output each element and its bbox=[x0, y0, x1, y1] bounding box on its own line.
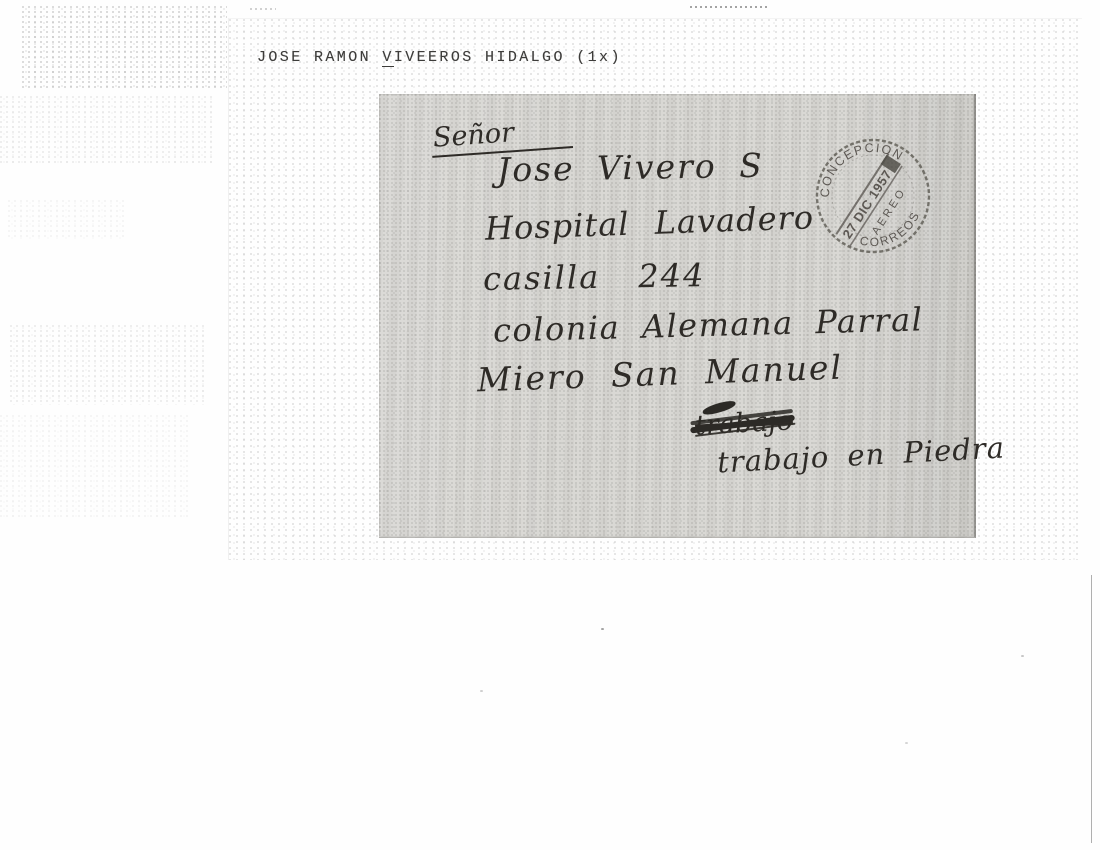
typed-header-post: IVEEROS HIDALGO (1x) bbox=[394, 49, 622, 66]
scanned-sheet: JOSE RAMON VIVEEROS HIDALGO (1x) Señor J… bbox=[0, 0, 1100, 850]
crossed-out-word-wrap: trabajo bbox=[694, 405, 793, 441]
scan-page: JOSE RAMON VIVEEROS HIDALGO (1x) Señor J… bbox=[228, 18, 1082, 560]
scan-noise-patch bbox=[10, 325, 206, 405]
address-line-street: Hospital Lavadero bbox=[484, 198, 814, 247]
scan-speck bbox=[1021, 655, 1024, 657]
address-line-colony: colonia Alemana Parral bbox=[493, 300, 924, 349]
typed-header: JOSE RAMON VIVEEROS HIDALGO (1x) bbox=[257, 49, 622, 66]
envelope-photo: Señor Jose Vivero S Hospital Lavadero ca… bbox=[379, 94, 976, 538]
address-line-locality: Miero San Manuel bbox=[476, 348, 843, 400]
scan-artifact-line bbox=[1091, 575, 1092, 843]
typed-header-pre: JOSE RAMON bbox=[257, 49, 382, 66]
scan-noise-patch bbox=[22, 6, 227, 88]
scan-noise-patch bbox=[8, 200, 128, 240]
scan-artifact-dotline bbox=[690, 6, 770, 8]
scan-artifact-dotline bbox=[250, 8, 276, 10]
address-line-recipient: Jose Vivero S bbox=[497, 146, 764, 190]
scan-speck bbox=[601, 628, 604, 630]
typed-header-underlined-letter: V bbox=[382, 49, 393, 67]
scan-speck bbox=[905, 742, 908, 744]
scan-noise-patch bbox=[0, 96, 212, 166]
scan-speck bbox=[480, 690, 483, 692]
crossed-out-word: trabajo bbox=[694, 405, 793, 441]
postmark-stamp: CONCEPCION CORREOS 27 DIC 1957 AEREO bbox=[782, 105, 965, 288]
scan-noise-patch bbox=[0, 415, 190, 520]
address-line-box: casilla 244 bbox=[483, 256, 706, 298]
